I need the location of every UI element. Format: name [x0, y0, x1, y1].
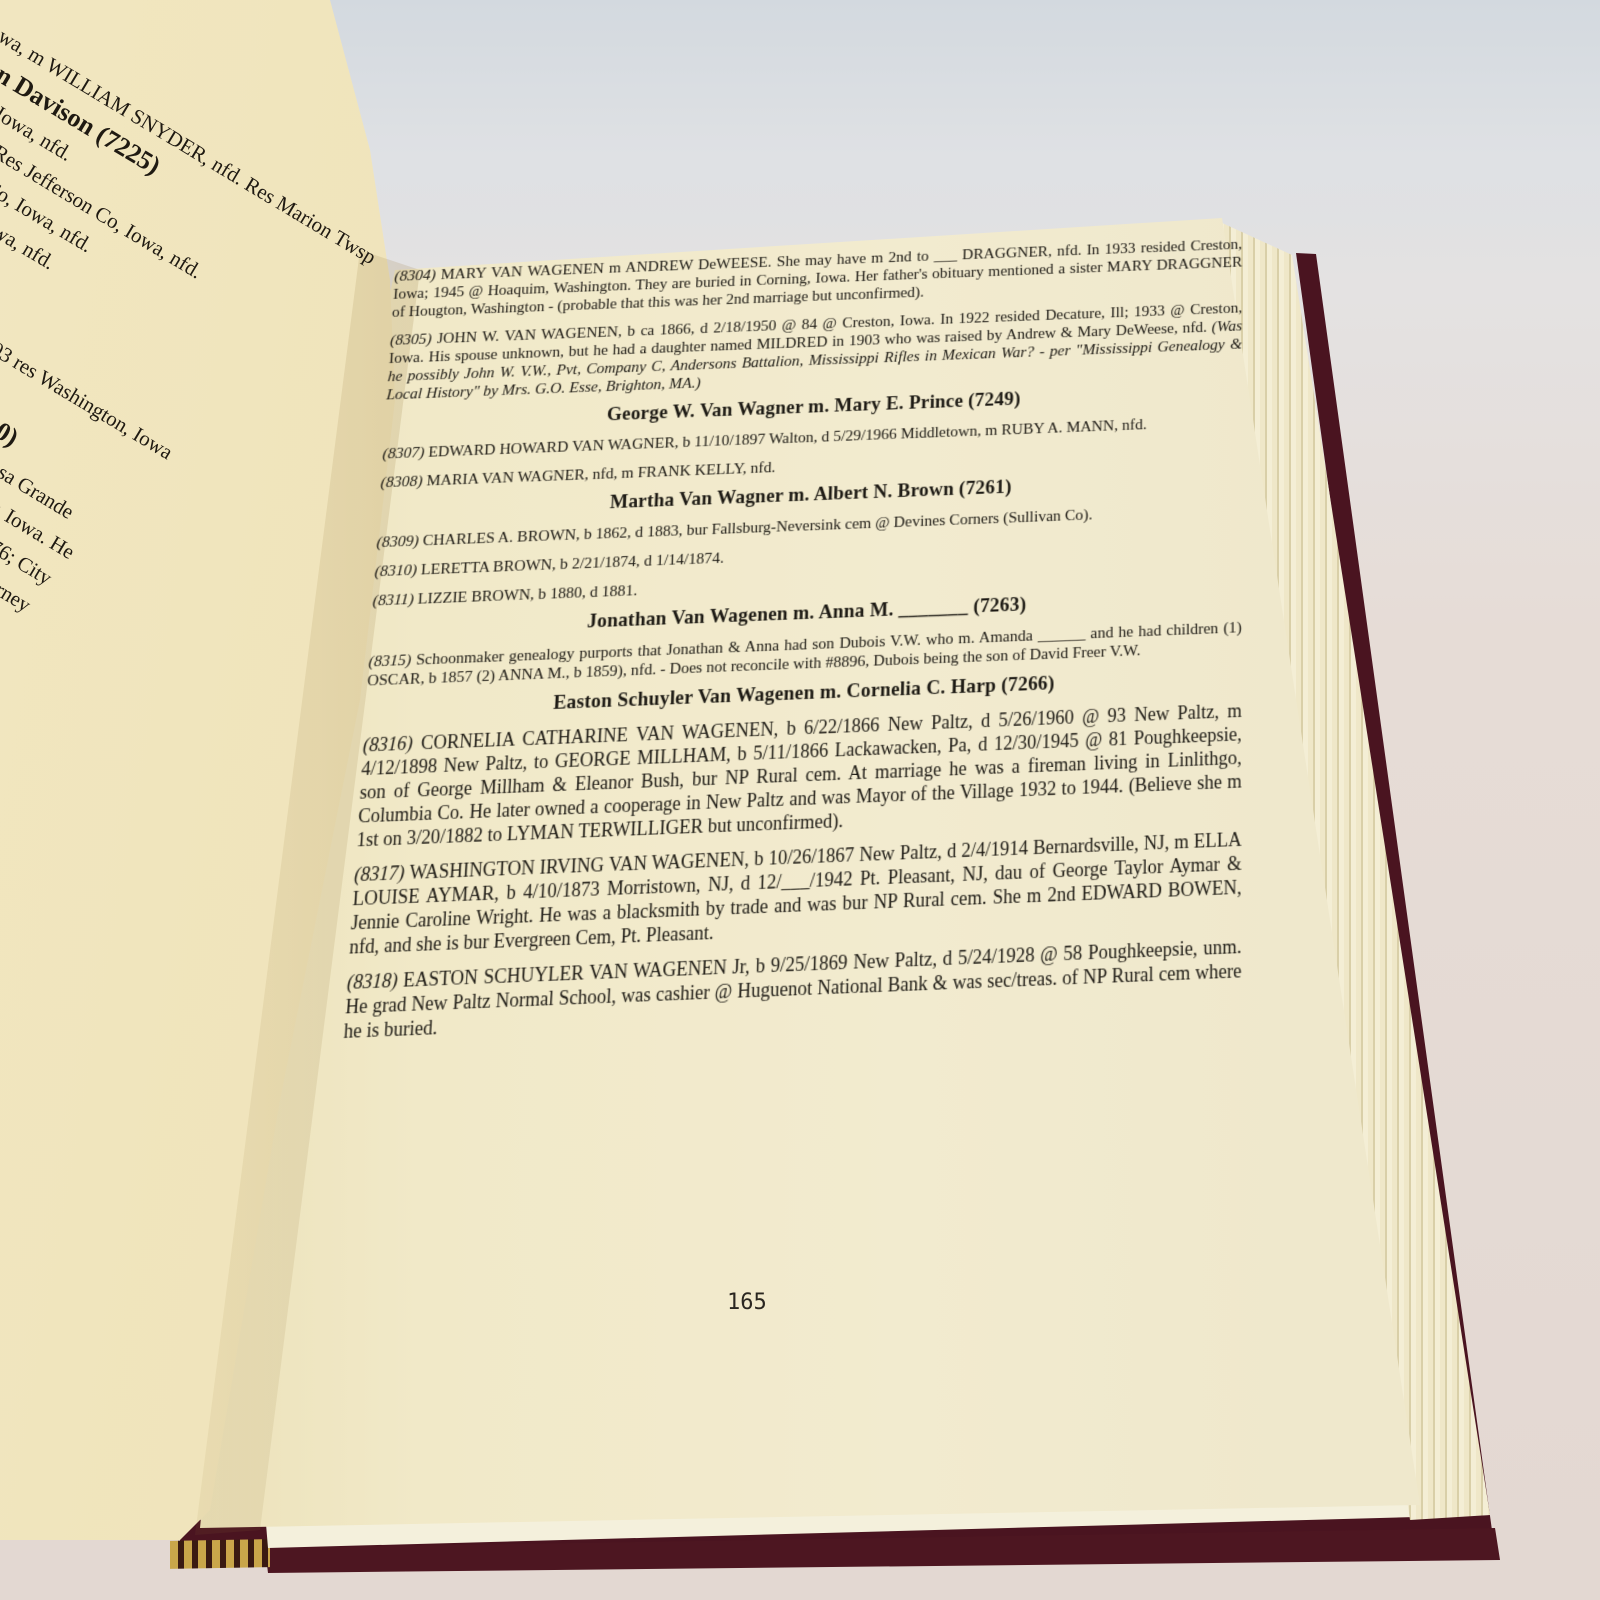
- right-page-text: (8304) MARY VAN WAGENEN m ANDREW DeWEESE…: [342, 236, 1242, 1055]
- entry-number: (8307): [382, 444, 429, 463]
- entry-number: (8316): [362, 732, 421, 756]
- entry-number: (8311): [372, 590, 418, 610]
- entry-text: MARIA VAN WAGNER, nfd, m FRANK KELLY, nf…: [426, 459, 776, 490]
- entry-number: (8318): [346, 969, 404, 993]
- entry-number: (8315): [368, 651, 417, 671]
- entry-text: LERETTA BROWN, b 2/21/1874, d 1/14/1874.: [420, 549, 724, 578]
- book-photo-scene: son, Iowa, m WILLIAM SNYDER, nfd. Res Ma…: [0, 0, 1600, 1600]
- entry-number: (8310): [374, 561, 421, 580]
- page-number: 165: [727, 1290, 767, 1315]
- entry-text: CORNELIA CATHARINE VAN WAGENEN, b 6/22/1…: [356, 700, 1242, 851]
- genealogy-entry: (8316) CORNELIA CATHARINE VAN WAGENEN, b…: [356, 699, 1242, 852]
- entry-number: (8305): [390, 330, 438, 349]
- entry-number: (8309): [376, 532, 423, 551]
- book-headband: [170, 1539, 270, 1569]
- entry-number: (8304): [394, 266, 442, 285]
- entry-text: LIZZIE BROWN, b 1880, d 1881.: [417, 582, 638, 608]
- entry-text: WASHINGTON IRVING VAN WAGENEN, b 10/26/1…: [349, 828, 1242, 958]
- entry-number: (8308): [380, 472, 427, 491]
- entry-number: (8317): [354, 862, 411, 886]
